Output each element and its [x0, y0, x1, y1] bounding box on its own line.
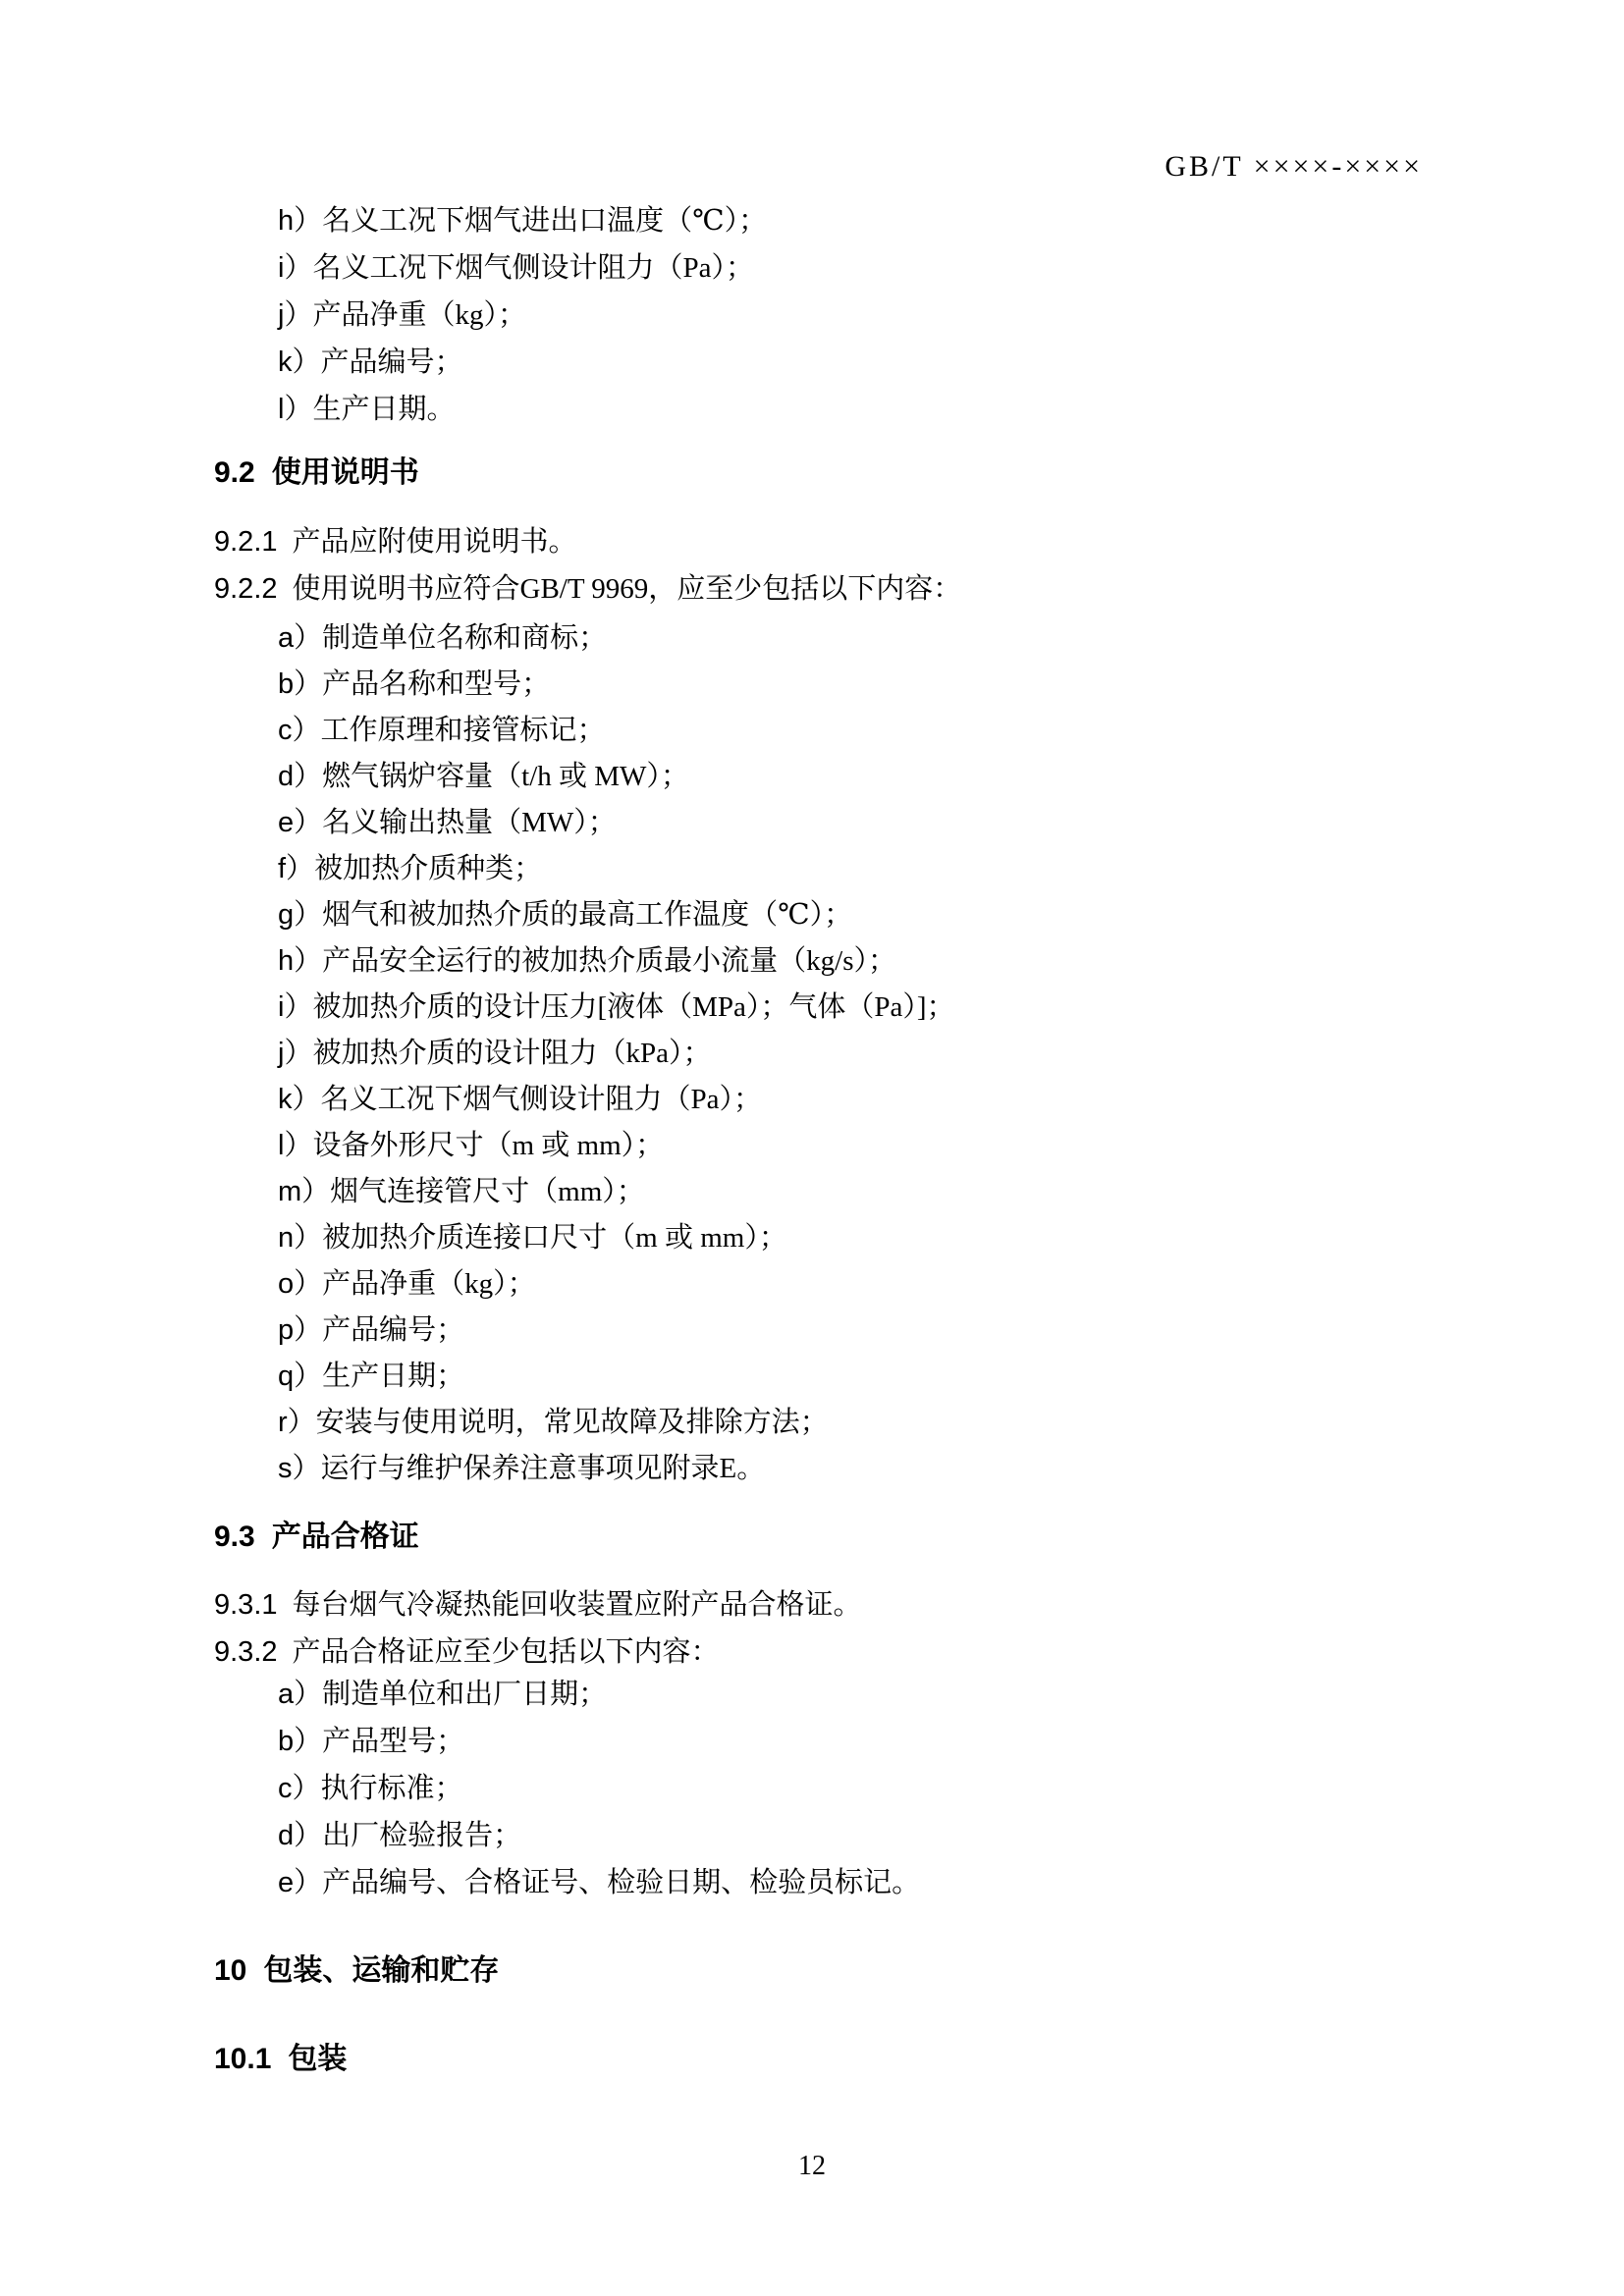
section-title: 使用说明书: [272, 456, 419, 489]
list-item-text: 被加热介质连接口尺寸（m 或 mm）；: [322, 1222, 787, 1254]
list-item-marker: i）: [278, 252, 312, 284]
clause-number: 9.2.2: [214, 573, 278, 605]
clauses-9-2: 9.2.1产品应附使用说明书。 9.2.2使用说明书应符合GB/T 9969，应…: [214, 518, 961, 613]
list-item-text: 燃气锅炉容量（t/h 或 MW）；: [322, 761, 689, 792]
clause-text: 使用说明书应符合GB/T 9969，应至少包括以下内容：: [293, 573, 962, 605]
list-item-text: 被加热介质的设计阻力（kPa）；: [312, 1038, 711, 1069]
list-item: k）名义工况下烟气侧设计阻力（Pa）；: [278, 1077, 955, 1123]
list-item: e）名义输出热量（MW）；: [278, 800, 955, 846]
list-item-marker: b）: [278, 1726, 322, 1757]
list-item: c）工作原理和接管标记；: [278, 708, 955, 754]
section-title: 产品合格证: [272, 1521, 419, 1553]
list-item-text: 制造单位名称和商标；: [322, 622, 607, 654]
list-item-marker: k）: [278, 1084, 321, 1115]
chapter-title: 包装、运输和贮存: [263, 1954, 499, 1987]
list-item-text: 烟气连接管尺寸（mm）；: [330, 1176, 645, 1207]
list-item-marker: h）: [278, 945, 322, 977]
list-item: q）生产日期；: [278, 1354, 955, 1400]
list-9-2-2-items: a）制造单位名称和商标； b）产品名称和型号； c）工作原理和接管标记； d）燃…: [278, 615, 955, 1492]
list-item-text: 被加热介质种类；: [314, 853, 542, 884]
list-item: l）设备外形尺寸（m 或 mm）；: [278, 1123, 955, 1169]
list-item: g）烟气和被加热介质的最高工作温度（℃）；: [278, 892, 955, 938]
clause-9-2-1: 9.2.1产品应附使用说明书。: [214, 518, 961, 565]
clause-text: 每台烟气冷凝热能回收装置应附产品合格证。: [293, 1589, 862, 1621]
list-item-marker: e）: [278, 1867, 322, 1898]
page-number: 12: [0, 2150, 1624, 2183]
list-item: h）名义工况下烟气进出口温度（℃）；: [278, 197, 767, 244]
list-item-text: 设备外形尺寸（m 或 mm）；: [312, 1130, 664, 1161]
list-item-text: 产品编号；: [322, 1314, 464, 1346]
list-item: n）被加热介质连接口尺寸（m 或 mm）；: [278, 1215, 955, 1261]
list-item-marker: a）: [278, 1679, 322, 1710]
list-item-marker: g）: [278, 899, 322, 931]
list-item: c）执行标准；: [278, 1765, 920, 1812]
list-item-marker: n）: [278, 1222, 322, 1254]
list-item-marker: b）: [278, 668, 322, 700]
clause-text: 产品应附使用说明书。: [293, 526, 577, 558]
list-item-text: 工作原理和接管标记；: [321, 715, 606, 746]
list-item-text: 烟气和被加热介质的最高工作温度（℃）；: [322, 899, 852, 931]
list-item-text: 产品编号；: [321, 347, 463, 378]
list-item-marker: c）: [278, 1773, 321, 1804]
list-item: l）生产日期。: [278, 386, 767, 433]
list-item-text: 生产日期；: [322, 1361, 464, 1392]
document-page: GB/T ××××-×××× h）名义工况下烟气进出口温度（℃）； i）名义工况…: [0, 0, 1624, 2296]
list-item-marker: m）: [278, 1176, 330, 1207]
list-item: i）名义工况下烟气侧设计阻力（Pa）；: [278, 244, 767, 292]
clause-9-3-2: 9.3.2产品合格证应至少包括以下内容：: [214, 1629, 862, 1676]
list-top-continuation: h）名义工况下烟气进出口温度（℃）； i）名义工况下烟气侧设计阻力（Pa）； j…: [278, 197, 767, 433]
list-item: b）产品型号；: [278, 1718, 920, 1765]
chapter-heading-10: 10包装、运输和贮存: [214, 1953, 499, 1989]
clause-number: 9.3.2: [214, 1636, 278, 1668]
list-item-marker: j）: [278, 1038, 312, 1069]
list-item-marker: h）: [278, 205, 322, 237]
list-item-text: 名义输出热量（MW）；: [322, 807, 617, 838]
list-item-text: 产品名称和型号；: [322, 668, 550, 700]
section-number: 9.3: [214, 1521, 255, 1553]
list-item-text: 被加热介质的设计压力[液体（MPa）；气体（Pa）]；: [312, 991, 954, 1023]
list-item-marker: p）: [278, 1314, 322, 1346]
list-item-marker: r）: [278, 1407, 316, 1438]
clause-text: 产品合格证应至少包括以下内容：: [293, 1636, 720, 1668]
list-item: b）产品名称和型号；: [278, 662, 955, 708]
list-item: k）产品编号；: [278, 339, 767, 386]
list-item: a）制造单位名称和商标；: [278, 615, 955, 662]
list-item-text: 产品编号、合格证号、检验日期、检验员标记。: [322, 1867, 920, 1898]
list-item: r）安装与使用说明，常见故障及排除方法；: [278, 1400, 955, 1446]
list-item-marker: d）: [278, 1820, 322, 1851]
list-item-marker: j）: [278, 299, 312, 331]
list-item-text: 产品型号；: [322, 1726, 464, 1757]
list-item-marker: d）: [278, 761, 322, 792]
list-item-marker: k）: [278, 347, 321, 378]
list-item: i）被加热介质的设计压力[液体（MPa）；气体（Pa）]；: [278, 985, 955, 1031]
clause-9-2-2: 9.2.2使用说明书应符合GB/T 9969，应至少包括以下内容：: [214, 565, 961, 613]
list-item-text: 名义工况下烟气侧设计阻力（Pa）；: [321, 1084, 763, 1115]
list-9-3-2-items: a）制造单位和出厂日期； b）产品型号； c）执行标准； d）出厂检验报告； e…: [278, 1671, 920, 1906]
list-item-marker: c）: [278, 715, 321, 746]
list-item-marker: o）: [278, 1268, 322, 1300]
list-item: a）制造单位和出厂日期；: [278, 1671, 920, 1718]
list-item: s）运行与维护保养注意事项见附录E。: [278, 1446, 955, 1492]
list-item-text: 名义工况下烟气侧设计阻力（Pa）；: [312, 252, 754, 284]
list-item: p）产品编号；: [278, 1308, 955, 1354]
list-item-marker: l）: [278, 1130, 312, 1161]
list-item: j）产品净重（kg）；: [278, 292, 767, 339]
list-item-marker: s）: [278, 1453, 321, 1484]
list-item-text: 产品安全运行的被加热介质最小流量（kg/s）；: [322, 945, 896, 977]
clauses-9-3: 9.3.1每台烟气冷凝热能回收装置应附产品合格证。 9.3.2产品合格证应至少包…: [214, 1581, 862, 1676]
doc-code-header: GB/T ××××-××××: [1164, 149, 1423, 185]
list-item-marker: a）: [278, 622, 322, 654]
clause-number: 9.3.1: [214, 1589, 278, 1621]
list-item-text: 制造单位和出厂日期；: [322, 1679, 607, 1710]
list-item-marker: i）: [278, 991, 312, 1023]
section-number: 9.2: [214, 456, 255, 489]
list-item-text: 出厂检验报告；: [322, 1820, 521, 1851]
section-number: 10.1: [214, 2043, 271, 2075]
clause-9-3-1: 9.3.1每台烟气冷凝热能回收装置应附产品合格证。: [214, 1581, 862, 1629]
section-title: 包装: [288, 2043, 347, 2075]
list-item-text: 名义工况下烟气进出口温度（℃）；: [322, 205, 767, 237]
list-item-text: 产品净重（kg）；: [312, 299, 526, 331]
section-heading-9-3: 9.3产品合格证: [214, 1520, 419, 1555]
list-item-marker: e）: [278, 807, 322, 838]
list-item-text: 生产日期。: [312, 394, 455, 425]
list-item-text: 安装与使用说明，常见故障及排除方法；: [316, 1407, 829, 1438]
section-heading-9-2: 9.2使用说明书: [214, 455, 419, 491]
list-item: j）被加热介质的设计阻力（kPa）；: [278, 1031, 955, 1077]
list-item: m）烟气连接管尺寸（mm）；: [278, 1169, 955, 1215]
list-item: d）出厂检验报告；: [278, 1812, 920, 1859]
chapter-number: 10: [214, 1954, 246, 1987]
list-item: h）产品安全运行的被加热介质最小流量（kg/s）；: [278, 938, 955, 985]
list-item: f）被加热介质种类；: [278, 846, 955, 892]
list-item-text: 运行与维护保养注意事项见附录E。: [321, 1453, 766, 1484]
list-item-text: 执行标准；: [321, 1773, 463, 1804]
list-item-text: 产品净重（kg）；: [322, 1268, 536, 1300]
list-item: d）燃气锅炉容量（t/h 或 MW）；: [278, 754, 955, 800]
section-heading-10-1: 10.1包装: [214, 2042, 347, 2077]
list-item-marker: l）: [278, 394, 312, 425]
list-item-marker: f）: [278, 853, 314, 884]
clause-number: 9.2.1: [214, 526, 278, 558]
list-item: o）产品净重（kg）；: [278, 1261, 955, 1308]
list-item: e）产品编号、合格证号、检验日期、检验员标记。: [278, 1859, 920, 1906]
list-item-marker: q）: [278, 1361, 322, 1392]
